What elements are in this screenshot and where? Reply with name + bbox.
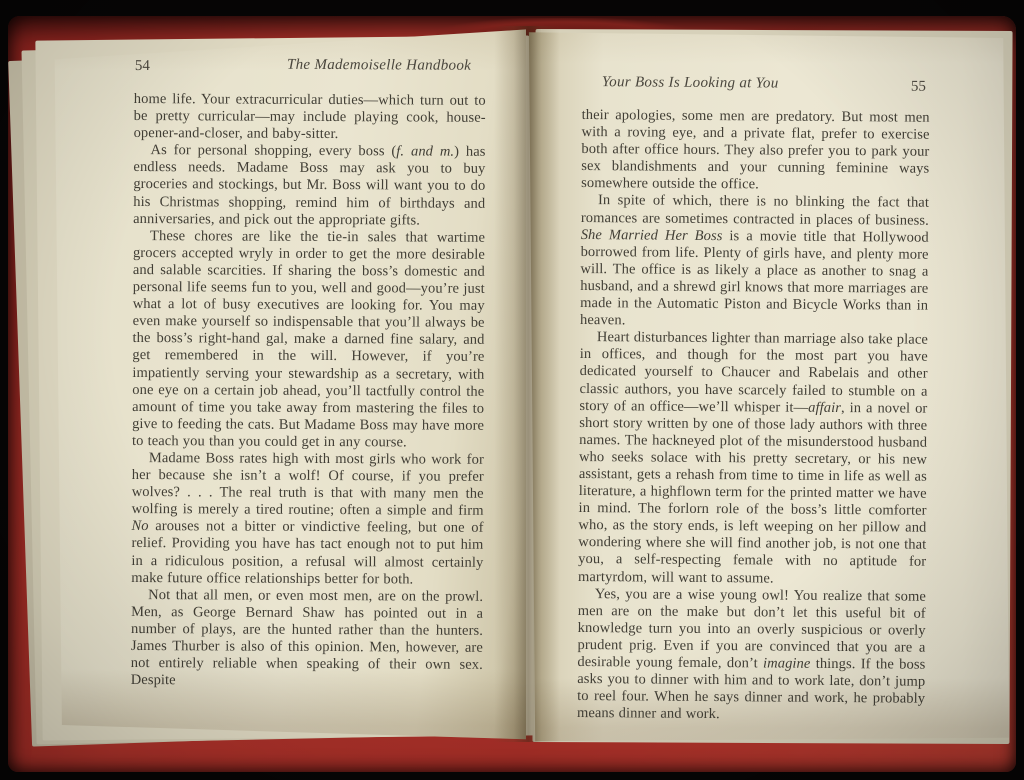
right-running-head: Your Boss Is Looking at You — [602, 74, 779, 92]
right-page-number: 55 — [911, 79, 926, 96]
left-running-head: The Mademoiselle Handbook — [287, 57, 471, 75]
paragraph: Yes, you are a wise young owl! You reali… — [577, 586, 926, 725]
right-page-textblock: Your Boss Is Looking at You 55 their apo… — [577, 74, 930, 725]
left-page-number: 54 — [135, 58, 150, 75]
left-page-text: home life. Your extracurricular duties—w… — [131, 91, 486, 691]
paragraph: As for personal shopping, every boss (f.… — [133, 142, 485, 229]
paragraph: In spite of which, there is no blinking … — [580, 192, 929, 331]
right-page: Your Boss Is Looking at You 55 their apo… — [526, 28, 1010, 742]
left-page-header: 54 The Mademoiselle Handbook — [134, 58, 486, 80]
right-page-text: their apologies, some men are predatory.… — [577, 107, 930, 725]
book-photo: 54 The Mademoiselle Handbook home life. … — [0, 0, 1024, 780]
paragraph: Not that all men, or even most men, are … — [131, 587, 484, 691]
paragraph: home life. Your extracurricular duties—w… — [134, 91, 486, 144]
paragraph: Madame Boss rates high with most girls w… — [131, 450, 484, 589]
right-page-header: Your Boss Is Looking at You 55 — [582, 74, 930, 97]
paragraph: Heart disturbances lighter than marriage… — [578, 329, 928, 588]
paragraph: their apologies, some men are predatory.… — [581, 107, 930, 195]
left-page-textblock: 54 The Mademoiselle Handbook home life. … — [131, 58, 486, 691]
left-page: 54 The Mademoiselle Handbook home life. … — [48, 28, 526, 740]
paragraph: These chores are like the tie-in sales t… — [132, 228, 485, 452]
